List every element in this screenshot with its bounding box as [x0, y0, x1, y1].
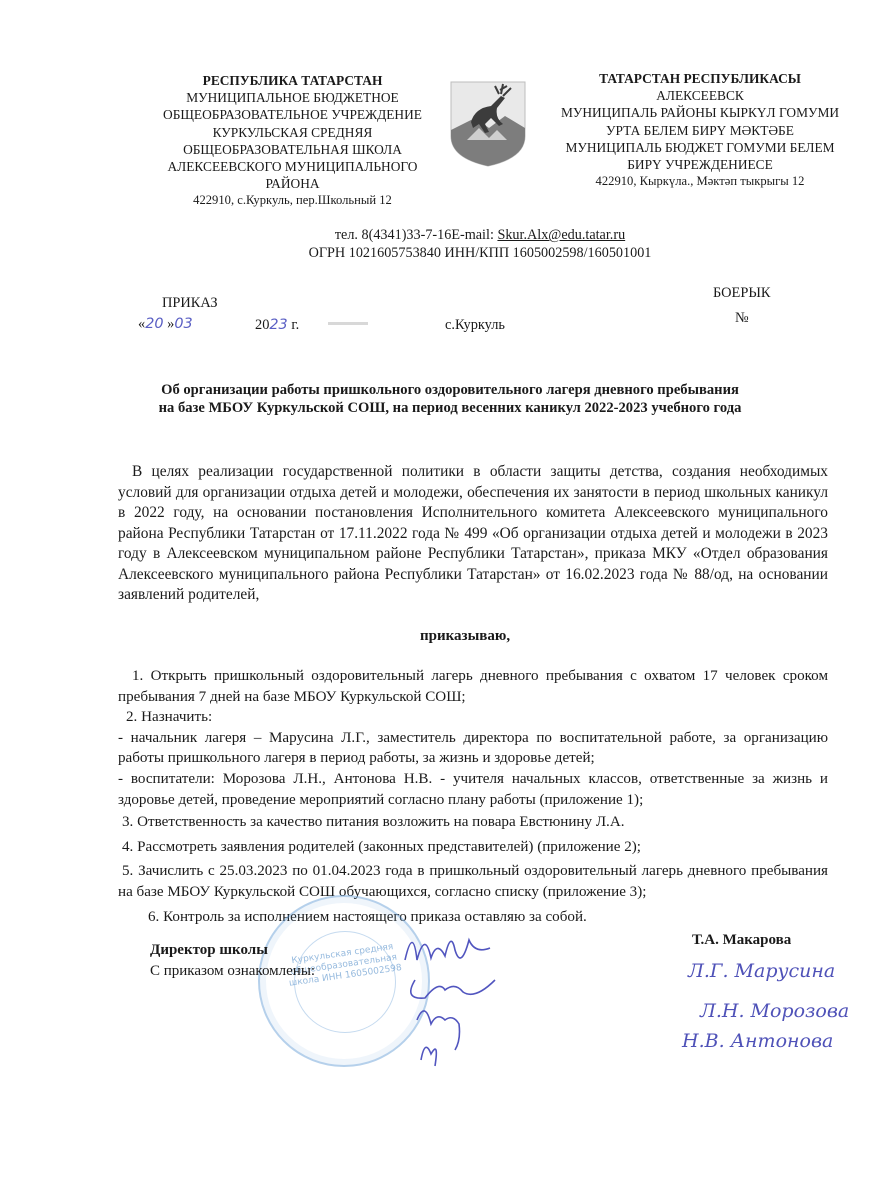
order-date: «20 »03 — [138, 316, 193, 333]
order-place: с.Куркуль — [445, 317, 505, 334]
registration-numbers: ОГРН 1021605753840 ИНН/КПП 1605002598/16… — [250, 244, 710, 262]
title-line: Об организации работы пришкольного оздор… — [100, 381, 800, 399]
header-left-line: МУНИЦИПАЛЬНОЕ БЮДЖЕТНОЕ — [140, 89, 445, 106]
order-item: 1. Открыть пришкольный оздоровительный л… — [118, 666, 828, 707]
title-line: на базе МБОУ Куркульской СОШ, на период … — [100, 399, 800, 417]
header-left-ru: РЕСПУБЛИКА ТАТАРСТАН МУНИЦИПАЛЬНОЕ БЮДЖЕ… — [140, 72, 445, 210]
header-left-address: 422910, с.Куркуль, пер.Школьный 12 — [140, 192, 445, 209]
email-link[interactable]: Skur.Alx@edu.tatar.ru — [497, 227, 625, 243]
header-left-line: РЕСПУБЛИКА ТАТАРСТАН — [140, 72, 445, 89]
order-items: 1. Открыть пришкольный оздоровительный л… — [118, 666, 828, 927]
order-word: приказываю, — [420, 628, 550, 645]
order-month: 03 — [174, 316, 192, 332]
contacts: тел. 8(4341)33-7-16E-mail: Skur.Alx@edu.… — [250, 226, 710, 262]
document-title: Об организации работы пришкольного оздор… — [100, 381, 800, 418]
header-right-line: МУНИЦИПАЛЬ РАЙОНЫ КЫРКҮЛ ГОМУМИ — [540, 104, 860, 121]
header-right-line: УРТА БЕЛЕМ БИРҮ МӘКТӘБЕ — [540, 122, 860, 139]
preamble: В целях реализации государственной полит… — [118, 462, 828, 606]
scan-mark — [328, 322, 368, 325]
order-day: 20 — [145, 316, 163, 332]
order-number-sign: № — [735, 310, 749, 327]
order-year: 2023 г. — [255, 317, 299, 334]
year-unit: г. — [291, 317, 299, 333]
header-right-address: 422910, Кыркүла., Мәктәп тыкрыгы 12 — [540, 173, 860, 190]
header-right-line: МУНИЦИПАЛЬ БЮДЖЕТ ГОМУМИ БЕЛЕМ — [540, 139, 860, 156]
phone-text: тел. 8(4341)33-7-16E-mail: — [335, 227, 498, 243]
director-name: Т.А. Макарова — [692, 932, 791, 949]
handwritten-signature-3: Н.В. Антонова — [682, 1030, 833, 1052]
handwritten-signature-1: Л.Г. Марусина — [688, 960, 835, 982]
header-right-line: АЛЕКСЕЕВСК — [540, 87, 860, 104]
header-left-line: КУРКУЛЬСКАЯ СРЕДНЯЯ — [140, 124, 445, 141]
header-left-line: ОБЩЕОБРАЗОВАТЕЛЬНАЯ ШКОЛА — [140, 141, 445, 158]
header-right-tt: ТАТАРСТАН РЕСПУБЛИКАСЫ АЛЕКСЕЕВСК МУНИЦИ… — [540, 70, 860, 190]
order-item: - воспитатели: Морозова Л.Н., Антонова Н… — [118, 769, 828, 810]
order-item: - начальник лагеря – Марусина Л.Г., заме… — [118, 728, 828, 769]
year-prefix: 20 — [255, 317, 269, 333]
year-suffix: 23 — [269, 317, 287, 333]
header-left-line: АЛЕКСЕЕВСКОГО МУНИЦИПАЛЬНОГО РАЙОНА — [140, 158, 445, 192]
order-label-tt: БОЕРЫК — [713, 285, 771, 302]
order-item: 5. Зачислить с 25.03.2023 по 01.04.2023 … — [118, 861, 828, 902]
coat-of-arms-deer-icon — [445, 78, 531, 168]
order-label-ru: ПРИКАЗ — [162, 295, 218, 312]
director-signature — [395, 920, 505, 1075]
header-left-line: ОБЩЕОБРАЗОВАТЕЛЬНОЕ УЧРЕЖДЕНИЕ — [140, 106, 445, 123]
header-right-line: ТАТАРСТАН РЕСПУБЛИКАСЫ — [540, 70, 860, 87]
director-label: Директор школы — [150, 942, 268, 959]
order-item: 2. Назначить: — [118, 707, 828, 728]
order-item: 3. Ответственность за качество питания в… — [118, 812, 828, 833]
handwritten-signature-2: Л.Н. Морозова — [700, 1000, 849, 1022]
preamble-text: В целях реализации государственной полит… — [118, 462, 828, 606]
order-item: 4. Рассмотреть заявления родителей (зако… — [118, 837, 828, 858]
acquainted-label: С приказом ознакомлены: — [150, 963, 315, 980]
header-right-line: БИРҮ УЧРЕЖДЕНИЕСЕ — [540, 156, 860, 173]
